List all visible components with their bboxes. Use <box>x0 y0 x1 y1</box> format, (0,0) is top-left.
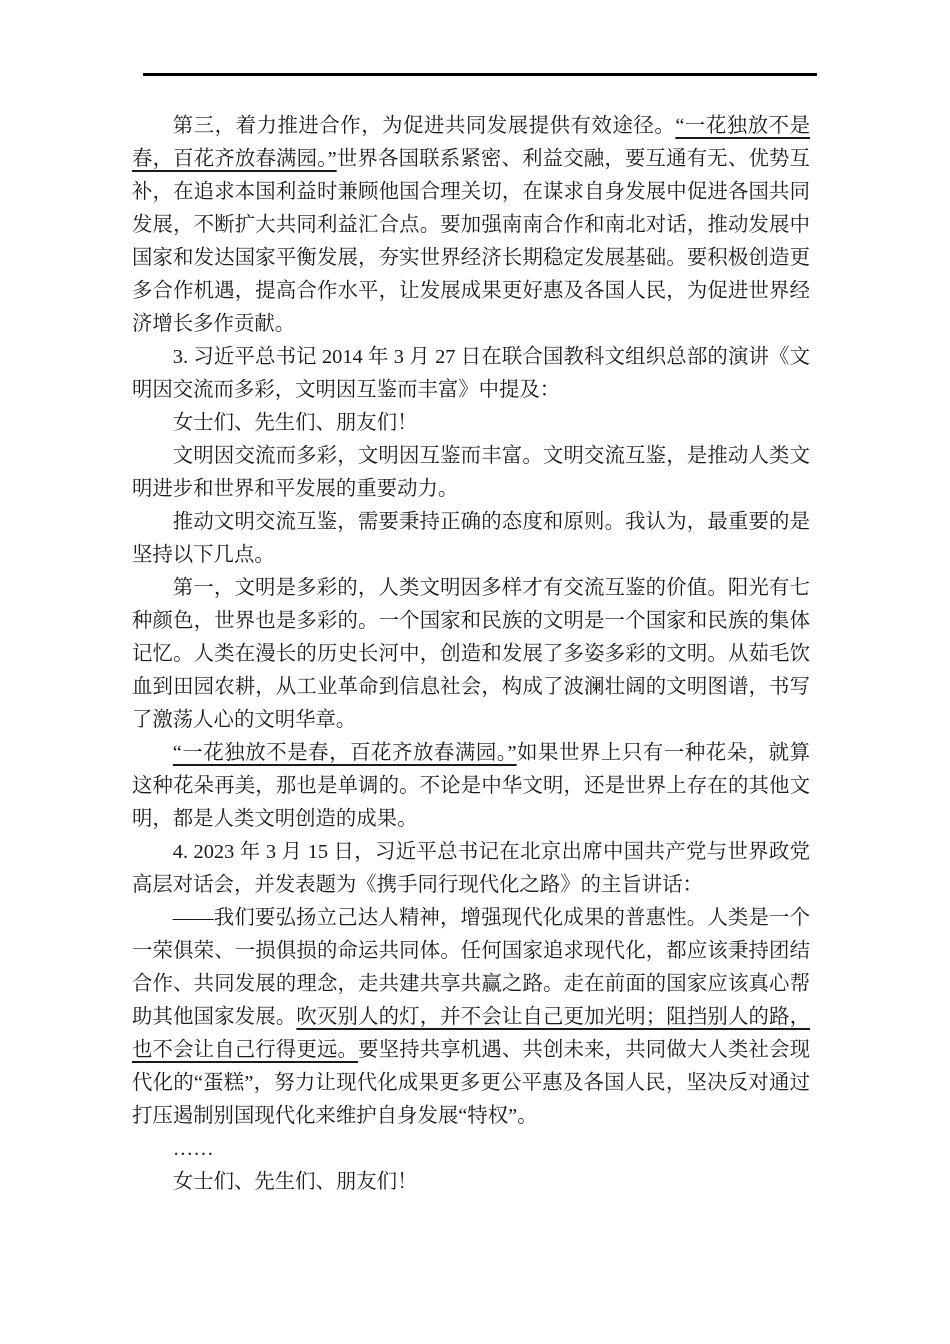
underlined-phrase: “一花独放不是春，百花齐放春满园。” <box>173 742 517 764</box>
header-rule <box>143 73 817 76</box>
paragraph: 文明因交流而多彩，文明因互鉴而丰富。文明交流互鉴，是推动人类文明进步和世界和平发… <box>132 440 810 506</box>
paragraph: 女士们、先生们、朋友们！ <box>132 1166 810 1199</box>
document-body: 第三，着力推进合作，为促进共同发展提供有效途径。“一花独放不是春，百花齐放春满园… <box>132 110 810 1199</box>
text-segment: 第一，文明是多彩的，人类文明因多样才有交流互鉴的价值。阳光有七种颜色，世界也是多… <box>132 577 810 731</box>
paragraph: 第一，文明是多彩的，人类文明因多样才有交流互鉴的价值。阳光有七种颜色，世界也是多… <box>132 572 810 737</box>
text-segment: 文明因交流而多彩，文明因互鉴而丰富。文明交流互鉴，是推动人类文明进步和世界和平发… <box>132 445 810 500</box>
paragraph: 推动文明交流互鉴，需要秉持正确的态度和原则。我认为，最重要的是坚持以下几点。 <box>132 506 810 572</box>
text-segment: 推动文明交流互鉴，需要秉持正确的态度和原则。我认为，最重要的是坚持以下几点。 <box>132 511 810 566</box>
paragraph: “一花独放不是春，百花齐放春满园。”如果世界上只有一种花朵，就算这种花朵再美，那… <box>132 737 810 836</box>
text-segment: 世界各国联系紧密、利益交融，要互通有无、优势互补，在追求本国利益时兼顾他国合理关… <box>132 148 810 335</box>
text-segment: …… <box>173 1138 214 1160</box>
paragraph: 4. 2023 年 3 月 15 日，习近平总书记在北京出席中国共产党与世界政党… <box>132 836 810 902</box>
text-segment: 3. 习近平总书记 2014 年 3 月 27 日在联合国教科文组织总部的演讲《… <box>132 346 810 401</box>
paragraph: 3. 习近平总书记 2014 年 3 月 27 日在联合国教科文组织总部的演讲《… <box>132 341 810 407</box>
text-segment: 4. 2023 年 3 月 15 日，习近平总书记在北京出席中国共产党与世界政党… <box>132 841 810 896</box>
text-segment: 女士们、先生们、朋友们！ <box>173 412 418 434</box>
paragraph: 女士们、先生们、朋友们！ <box>132 407 810 440</box>
document-page: 第三，着力推进合作，为促进共同发展提供有效途径。“一花独放不是春，百花齐放春满园… <box>0 0 950 1344</box>
text-segment: 女士们、先生们、朋友们！ <box>173 1171 418 1193</box>
text-segment: 第三，着力推进合作，为促进共同发展提供有效途径。 <box>173 115 676 137</box>
paragraph: …… <box>132 1133 810 1166</box>
paragraph: ——我们要弘扬立己达人精神，增强现代化成果的普惠性。人类是一个一荣俱荣、一损俱损… <box>132 902 810 1133</box>
paragraph: 第三，着力推进合作，为促进共同发展提供有效途径。“一花独放不是春，百花齐放春满园… <box>132 110 810 341</box>
